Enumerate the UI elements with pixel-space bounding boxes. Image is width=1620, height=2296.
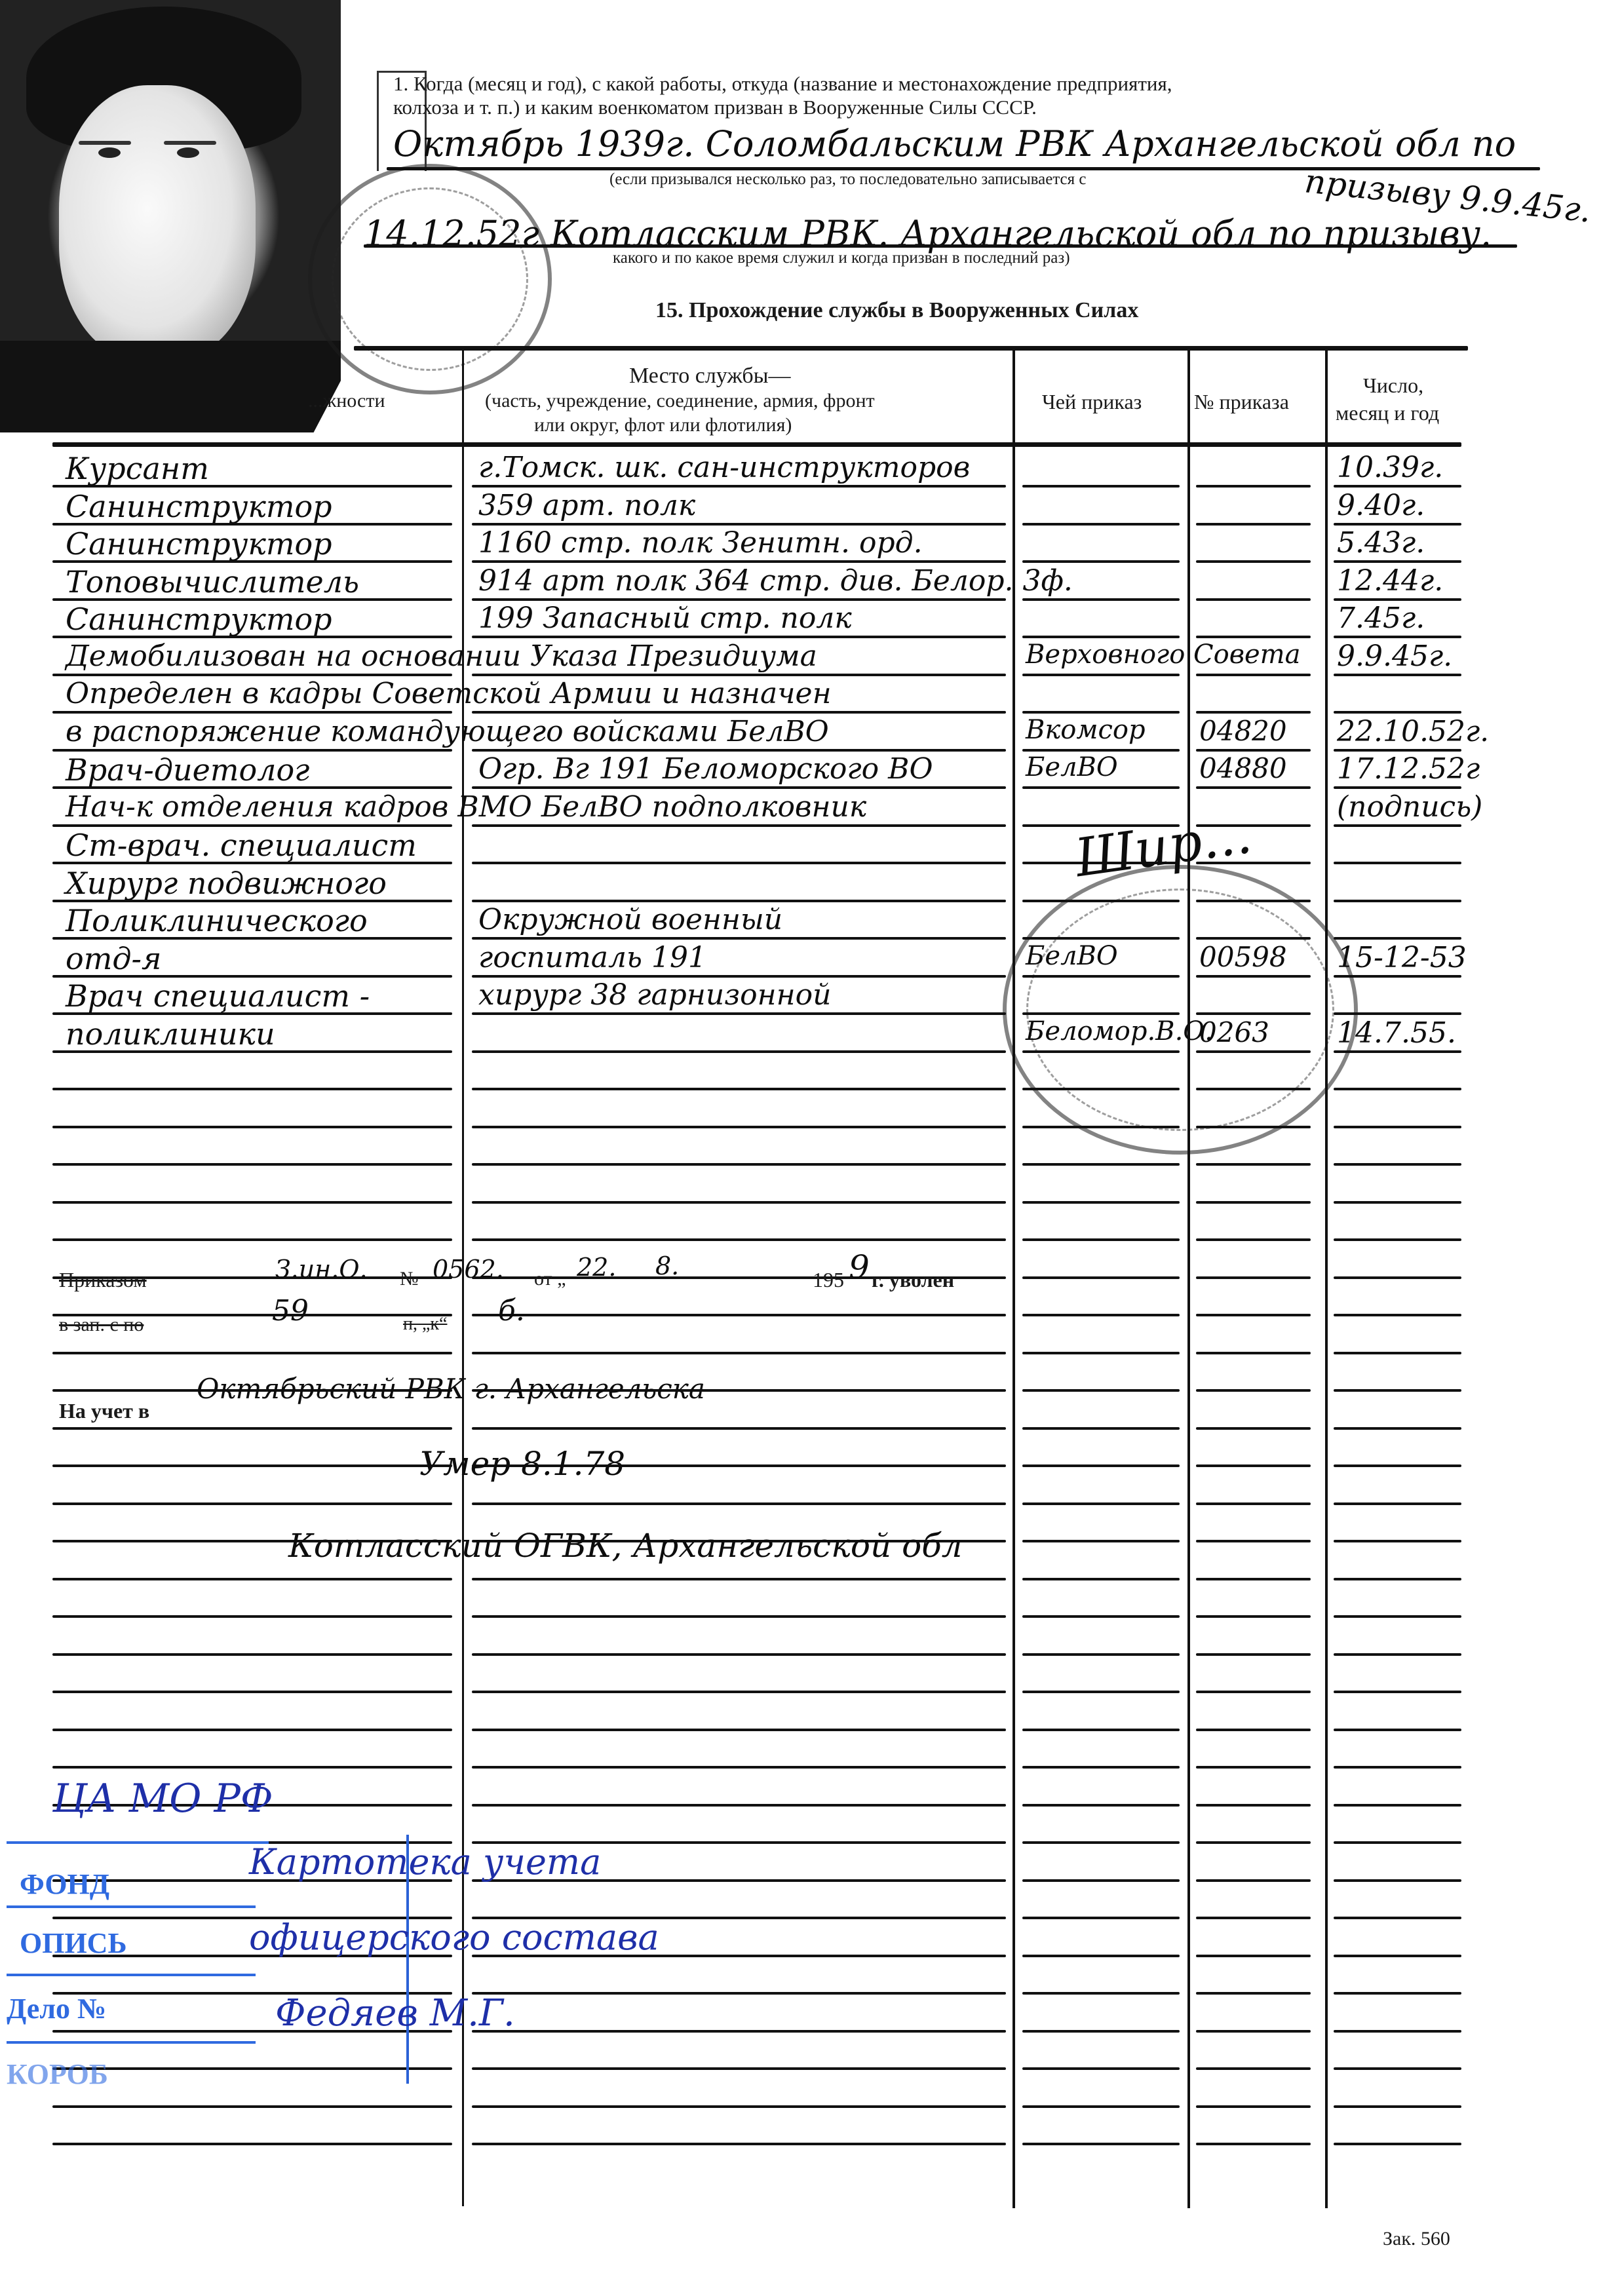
table-rule-line bbox=[1196, 1992, 1311, 1995]
table-rule-line bbox=[472, 2030, 1006, 2033]
table-rule-line bbox=[1196, 786, 1311, 789]
header-date-1: Число, bbox=[1363, 373, 1423, 398]
table-rule-line bbox=[1334, 598, 1461, 601]
table-rule-line bbox=[472, 485, 1006, 488]
table-rule-line bbox=[1334, 1879, 1461, 1882]
table-rule-line bbox=[1022, 598, 1180, 601]
table-rule-line bbox=[1196, 523, 1311, 526]
table-rule-line bbox=[1196, 1276, 1311, 1279]
section14-question-line2: колхоза и т. п.) и каким военкоматом при… bbox=[393, 96, 1037, 119]
table-rule-line bbox=[472, 1163, 1006, 1166]
table-rule-line bbox=[52, 1464, 452, 1467]
archive-stamp-fond: ФОНД bbox=[20, 1867, 109, 1901]
table-rule-line bbox=[1196, 1917, 1311, 1919]
military-office-note: Котласский ОГВК, Архангельской обл bbox=[288, 1527, 963, 1565]
table-rule-line bbox=[1196, 1615, 1311, 1618]
table-rule-line bbox=[1022, 2143, 1180, 2145]
table-rule-line bbox=[1196, 674, 1311, 676]
table-rule-line bbox=[472, 674, 1006, 676]
row-whose-order: Беломор.В.О. bbox=[1026, 1016, 1213, 1046]
table-rule-line bbox=[1022, 1238, 1180, 1241]
table-rule-line bbox=[1196, 1729, 1311, 1731]
table-rule-line bbox=[1022, 1352, 1180, 1354]
row-position: Ст-врач. специалист bbox=[66, 828, 417, 863]
section15-title: 15. Прохождение службы в Вооруженных Сил… bbox=[655, 298, 1138, 323]
table-rule-line bbox=[1022, 1917, 1180, 1919]
table-rule-line bbox=[1334, 1841, 1461, 1844]
table-rule-line bbox=[1022, 1766, 1180, 1769]
row-date: 12.44г. bbox=[1337, 564, 1443, 598]
table-rule-line bbox=[472, 1691, 1006, 1693]
row-place: хирург 38 гарнизонной bbox=[478, 978, 831, 1012]
table-rule-line bbox=[1022, 2105, 1180, 2108]
row-position: Санинструктор bbox=[66, 489, 332, 524]
table-rule-line bbox=[472, 2143, 1006, 2145]
table-rule-line bbox=[1196, 937, 1311, 940]
table-rule-line bbox=[1196, 1955, 1311, 1957]
row-position: Определен в кадры Советской Армии и назн… bbox=[66, 677, 832, 710]
table-rule-line bbox=[1022, 2030, 1180, 2033]
discharge-day: 22. bbox=[577, 1253, 616, 1282]
table-rule-line bbox=[472, 1126, 1006, 1128]
table-rule-line bbox=[1196, 1012, 1311, 1015]
row-place: Окружной военный bbox=[478, 903, 782, 936]
table-rule-line bbox=[1334, 485, 1461, 488]
table-rule-line bbox=[1334, 1992, 1461, 1995]
table-rule-line bbox=[1334, 786, 1461, 789]
table-rule-line bbox=[52, 1352, 452, 1354]
row-place: 914 арт полк 364 стр. див. Белор. 3ф. bbox=[478, 564, 1073, 598]
table-rule-line bbox=[1334, 523, 1461, 526]
row-place: госпиталь 191 bbox=[478, 941, 706, 974]
table-rule-line bbox=[1196, 1201, 1311, 1204]
table-rule-line bbox=[1196, 1314, 1311, 1316]
table-rule-line bbox=[52, 711, 452, 714]
row-whose-order: БелВО bbox=[1026, 752, 1118, 782]
table-rule-line bbox=[1196, 1163, 1311, 1166]
row-position: Врач-диетолог bbox=[66, 752, 309, 788]
table-rule-line bbox=[52, 1766, 452, 1769]
table-rule-line bbox=[1334, 1238, 1461, 1241]
archive-stamp-opis: ОПИСЬ bbox=[20, 1926, 127, 1960]
table-rule-line bbox=[1196, 1464, 1311, 1467]
table-rule-line bbox=[1334, 862, 1461, 864]
table-rule-line bbox=[1022, 1653, 1180, 1656]
table-rule-line bbox=[1334, 1088, 1461, 1090]
table-rule-line bbox=[1334, 900, 1461, 902]
table-rule-line bbox=[1022, 1088, 1180, 1090]
discharge-order-label: Приказом bbox=[59, 1268, 147, 1292]
table-rule-line bbox=[1022, 485, 1180, 488]
table-rule-line bbox=[52, 2143, 452, 2145]
row-whose-order: БелВО bbox=[1026, 941, 1118, 971]
enlistment-entry-2: 14.12.52г Котласским РВК. Архангельской … bbox=[364, 213, 1492, 254]
table-rule-line bbox=[1022, 786, 1180, 789]
table-rule-line bbox=[1334, 1352, 1461, 1354]
table-rule-line bbox=[1022, 1540, 1180, 1542]
table-rule-line bbox=[1334, 1691, 1461, 1693]
table-rule-line bbox=[1334, 711, 1461, 714]
table-rule-line bbox=[1334, 1615, 1461, 1618]
table-rule-line bbox=[472, 1615, 1006, 1618]
row-date: 22.10.52г. bbox=[1337, 715, 1489, 748]
table-rule-line bbox=[1196, 1804, 1311, 1807]
table-rule-line bbox=[1334, 1276, 1461, 1279]
table-rule-line bbox=[1022, 560, 1180, 563]
table-rule-line bbox=[472, 1427, 1006, 1430]
table-rule-line bbox=[472, 1992, 1006, 1995]
table-rule-line bbox=[1196, 2105, 1311, 2108]
header-whose-order: Чей приказ bbox=[1042, 390, 1142, 414]
header-place-sub1: (часть, учреждение, соединение, армия, ф… bbox=[485, 390, 875, 412]
table-rule-line bbox=[1022, 674, 1180, 676]
header-place-sub2: или округ, флот или флотилия) bbox=[534, 414, 792, 436]
table-rule-line bbox=[472, 523, 1006, 526]
table-rule-line bbox=[472, 824, 1006, 827]
table-rule-line bbox=[52, 1163, 452, 1166]
table-rule-line bbox=[1022, 1201, 1180, 1204]
row-date: 7.45г. bbox=[1337, 602, 1425, 635]
row-order-number: 00598 bbox=[1199, 941, 1287, 973]
table-rule-line bbox=[1022, 1012, 1180, 1015]
table-rule-line bbox=[1196, 749, 1311, 752]
discharge-month: 8. bbox=[655, 1252, 679, 1280]
table-rule-line bbox=[52, 1201, 452, 1204]
table-rule-line bbox=[1022, 1729, 1180, 1731]
table-rule-line bbox=[1196, 560, 1311, 563]
table-rule-line bbox=[472, 1352, 1006, 1354]
header-place-title: Место службы— bbox=[629, 364, 791, 389]
table-rule-line bbox=[1334, 1126, 1461, 1128]
table-rule-line bbox=[1022, 2067, 1180, 2070]
table-column-divider bbox=[1013, 351, 1015, 2208]
row-position: в распоряжение командующего войсками Бел… bbox=[66, 715, 829, 748]
table-rule-line bbox=[1022, 1879, 1180, 1882]
table-rule-line bbox=[52, 1502, 452, 1505]
table-rule-line bbox=[1022, 1163, 1180, 1166]
table-rule-line bbox=[1022, 1389, 1180, 1392]
table-rule-line bbox=[1022, 711, 1180, 714]
table-rule-line bbox=[472, 1314, 1006, 1316]
table-rule-line bbox=[52, 1578, 452, 1580]
header-position: ...жности bbox=[308, 390, 385, 412]
table-rule-line bbox=[472, 2067, 1006, 2070]
table-rule-line bbox=[1022, 900, 1180, 902]
table-rule-line bbox=[472, 598, 1006, 601]
row-date: 10.39г. bbox=[1337, 451, 1443, 484]
row-date: 5.43г. bbox=[1337, 526, 1425, 560]
table-rule-line bbox=[1196, 2143, 1311, 2145]
table-rule-line bbox=[1334, 2143, 1461, 2145]
table-rule-line bbox=[1196, 1088, 1311, 1090]
row-place: г.Томск. шк. сан-инструкторов bbox=[478, 451, 970, 484]
discharge-order-by: З.ин.О. bbox=[275, 1255, 368, 1284]
table-rule-line bbox=[1334, 2067, 1461, 2070]
discharge-order-number: 0562. bbox=[433, 1255, 504, 1284]
table-rule-line bbox=[1196, 1879, 1311, 1882]
table-rule-line bbox=[472, 1012, 1006, 1015]
table-rule-line bbox=[472, 1766, 1006, 1769]
table-rule-line bbox=[472, 1238, 1006, 1241]
table-rule-line bbox=[1022, 1578, 1180, 1580]
table-rule-line bbox=[1022, 1691, 1180, 1693]
table-rule-line bbox=[52, 824, 452, 827]
table-rule-line bbox=[52, 1126, 452, 1128]
table-rule-line bbox=[52, 1088, 452, 1090]
archive-note-line2: Картотека учета bbox=[249, 1841, 601, 1883]
row-whose-order: Верховного Совета bbox=[1026, 640, 1300, 670]
punkt-value: б. bbox=[498, 1294, 525, 1328]
table-rule-line bbox=[52, 1427, 452, 1430]
row-date: 15-12-53 bbox=[1337, 941, 1467, 974]
row-order-number: 04880 bbox=[1199, 752, 1287, 784]
table-rule-line bbox=[1022, 1841, 1180, 1844]
table-rule-line bbox=[472, 937, 1006, 940]
table-rule-line bbox=[1334, 1050, 1461, 1053]
reserve-article: 59 bbox=[272, 1294, 309, 1328]
row-date: 9.40г. bbox=[1337, 489, 1425, 522]
table-rule-line bbox=[1334, 2105, 1461, 2108]
row-date: 17.12.52г bbox=[1337, 752, 1480, 786]
table-rule-line bbox=[1022, 975, 1180, 978]
table-rule-line bbox=[1334, 2030, 1461, 2033]
table-rule-line bbox=[1334, 1540, 1461, 1542]
archive-stamp-delo: Дело № bbox=[7, 1992, 106, 2025]
reserve-label: в зап. с по bbox=[59, 1314, 144, 1336]
table-rule-line bbox=[52, 1653, 452, 1656]
table-rule-line bbox=[1334, 1804, 1461, 1807]
row-whose-order: Вкомсор bbox=[1026, 715, 1146, 745]
table-rule-line bbox=[1334, 1012, 1461, 1015]
table-column-divider bbox=[1325, 351, 1328, 2208]
table-column-divider bbox=[1187, 351, 1190, 2208]
table-rule-line bbox=[1022, 1955, 1180, 1957]
table-rule-line bbox=[1334, 749, 1461, 752]
table-rule-line bbox=[1196, 1766, 1311, 1769]
section14-question-line1: 1. Когда (месяц и год), с какой работы, … bbox=[393, 72, 1172, 96]
discharge-year-suffix: г. уволен bbox=[872, 1268, 954, 1292]
row-position: Курсант bbox=[66, 451, 209, 486]
table-rule-line bbox=[1022, 1804, 1180, 1807]
table-rule-line bbox=[472, 786, 1006, 789]
discharge-ot-label: от „ bbox=[534, 1268, 566, 1290]
registration-label: На учет в bbox=[59, 1399, 149, 1423]
table-rule-line bbox=[1196, 1540, 1311, 1542]
archive-stamp-korob: КОРОБ bbox=[7, 2057, 108, 2091]
table-rule-line bbox=[1334, 674, 1461, 676]
table-rule-line bbox=[1196, 1653, 1311, 1656]
officer-photo bbox=[0, 0, 341, 432]
row-position: поликлиники bbox=[66, 1016, 275, 1052]
table-rule-line bbox=[1196, 1578, 1311, 1580]
table-rule-line bbox=[1334, 975, 1461, 978]
row-place: 199 Запасный стр. полк bbox=[478, 602, 852, 635]
table-rule-line bbox=[472, 560, 1006, 563]
punkt-label: п, „к“ bbox=[403, 1314, 447, 1335]
table-rule-line bbox=[1022, 1502, 1180, 1505]
discharge-no-label: № bbox=[400, 1268, 419, 1290]
table-rule-line bbox=[1334, 1163, 1461, 1166]
row-position: Поликлинического bbox=[66, 903, 368, 938]
row-date: (подпись) bbox=[1337, 790, 1482, 824]
table-rule-line bbox=[472, 749, 1006, 752]
table-rule-line bbox=[1022, 1276, 1180, 1279]
table-rule-line bbox=[1196, 636, 1311, 638]
table-rule-line bbox=[1334, 1766, 1461, 1769]
table-rule-line bbox=[1334, 824, 1461, 827]
print-order-code: Зак. 560 bbox=[1383, 2228, 1450, 2250]
table-rule-line bbox=[472, 1729, 1006, 1731]
table-rule-line bbox=[472, 1804, 1006, 1807]
official-seal-middle bbox=[1003, 865, 1358, 1155]
table-rule-line bbox=[1022, 1615, 1180, 1618]
table-rule-line bbox=[1334, 1653, 1461, 1656]
table-rule-line bbox=[52, 1615, 452, 1618]
table-rule-line bbox=[1022, 1464, 1180, 1467]
table-rule-line bbox=[1196, 711, 1311, 714]
table-rule-line bbox=[1334, 1917, 1461, 1919]
table-rule-line bbox=[1022, 937, 1180, 940]
table-rule-line bbox=[1196, 598, 1311, 601]
row-position: Врач специалист - bbox=[66, 978, 370, 1014]
registration-value: Октябрьский РВК г. Архангельска bbox=[197, 1373, 705, 1405]
table-rule-line bbox=[472, 1088, 1006, 1090]
row-position: Санинструктор bbox=[66, 602, 332, 637]
table-rule-line bbox=[1334, 1729, 1461, 1731]
table-rule-line bbox=[52, 1729, 452, 1731]
table-rule-line bbox=[1022, 523, 1180, 526]
archive-note-line1: ЦА МО РФ bbox=[52, 1776, 273, 1822]
table-rule-line bbox=[472, 975, 1006, 978]
table-rule-line bbox=[52, 1691, 452, 1693]
table-rule-line bbox=[1334, 1314, 1461, 1316]
official-seal-top bbox=[308, 164, 552, 394]
table-rule-line bbox=[1334, 1201, 1461, 1204]
table-rule-line bbox=[1022, 1050, 1180, 1053]
table-rule-line bbox=[1334, 560, 1461, 563]
row-place: Огр. Вг 191 Беломорского ВО bbox=[478, 752, 933, 786]
table-rule-line bbox=[1196, 2030, 1311, 2033]
table-rule-line bbox=[472, 2105, 1006, 2108]
table-rule-line bbox=[1196, 1050, 1311, 1053]
row-place: 359 арт. полк bbox=[478, 489, 695, 522]
table-rule-line bbox=[472, 1653, 1006, 1656]
table-rule-line bbox=[472, 1502, 1006, 1505]
table-rule-line bbox=[1196, 1502, 1311, 1505]
table-rule-line bbox=[1022, 1314, 1180, 1316]
table-rule-line bbox=[1196, 1352, 1311, 1354]
table-rule-line bbox=[52, 674, 452, 676]
row-date: 14.7.55. bbox=[1337, 1016, 1456, 1050]
row-position: Демобилизован на основании Указа Президи… bbox=[66, 640, 817, 673]
archive-note-line3: офицерского состава bbox=[249, 1917, 659, 1958]
table-rule-line bbox=[52, 1238, 452, 1241]
table-rule-line bbox=[1022, 1126, 1180, 1128]
table-rule-line bbox=[1022, 1427, 1180, 1430]
enlistment-hint-2: какого и по какое время служил и когда п… bbox=[613, 249, 1070, 267]
row-position: отд-я bbox=[66, 941, 161, 976]
table-rule-line bbox=[1196, 900, 1311, 902]
enlistment-entry-1: Октябрь 1939г. Соломбальским РВК Арханге… bbox=[393, 123, 1516, 164]
table-rule-line bbox=[472, 1201, 1006, 1204]
table-rule-line bbox=[1334, 1464, 1461, 1467]
table-rule-line bbox=[1022, 636, 1180, 638]
archive-note-line4: Федяев М.Г. bbox=[275, 1992, 515, 2035]
row-date: 9.9.45г. bbox=[1337, 640, 1452, 673]
table-rule-line bbox=[472, 1050, 1006, 1053]
row-order-number: 0263 bbox=[1199, 1016, 1269, 1048]
table-rule-line bbox=[1334, 1389, 1461, 1392]
table-rule-line bbox=[1334, 1502, 1461, 1505]
table-rule-line bbox=[1196, 1126, 1311, 1128]
header-date-2: месяц и год bbox=[1336, 401, 1439, 425]
row-place: 1160 стр. полк Зенитн. орд. bbox=[478, 526, 923, 560]
table-rule-line bbox=[1334, 1427, 1461, 1430]
enlistment-hint-1: (если призывался несколько раз, то после… bbox=[609, 170, 1087, 189]
table-rule-line bbox=[1196, 1389, 1311, 1392]
header-order-number: № приказа bbox=[1194, 390, 1289, 414]
table-rule-line bbox=[472, 636, 1006, 638]
table-rule-line bbox=[1196, 2067, 1311, 2070]
row-order-number: 04820 bbox=[1199, 715, 1287, 747]
discharge-year-prefix: 195 bbox=[813, 1268, 844, 1292]
table-rule-line bbox=[1196, 1841, 1311, 1844]
table-rule-line bbox=[1334, 1578, 1461, 1580]
table-rule-line bbox=[1196, 1427, 1311, 1430]
row-position: Хирург подвижного bbox=[66, 866, 387, 901]
table-rule-line bbox=[1196, 1238, 1311, 1241]
table-rule-line bbox=[472, 711, 1006, 714]
table-rule-line bbox=[1196, 975, 1311, 978]
table-rule-line bbox=[52, 2105, 452, 2108]
table-rule-line bbox=[1334, 636, 1461, 638]
table-rule-line bbox=[1196, 485, 1311, 488]
table-rule-line bbox=[472, 862, 1006, 864]
table-rule-line bbox=[52, 749, 452, 752]
row-position: Нач-к отделения кадров ВМО БелВО подполк… bbox=[66, 790, 866, 824]
table-rule-line bbox=[1196, 1691, 1311, 1693]
table-rule-line bbox=[1334, 937, 1461, 940]
discharge-year-digit: 9 bbox=[849, 1248, 870, 1286]
row-position: Топовычислитель bbox=[66, 564, 359, 600]
table-rule-line bbox=[1022, 1992, 1180, 1995]
row-position: Санинструктор bbox=[66, 526, 332, 562]
death-note: Умер 8.1.78 bbox=[419, 1445, 625, 1483]
table-rule-line bbox=[472, 900, 1006, 902]
table-rule-line bbox=[472, 1578, 1006, 1580]
table-rule-line bbox=[1022, 749, 1180, 752]
table-rule-line bbox=[1334, 1955, 1461, 1957]
